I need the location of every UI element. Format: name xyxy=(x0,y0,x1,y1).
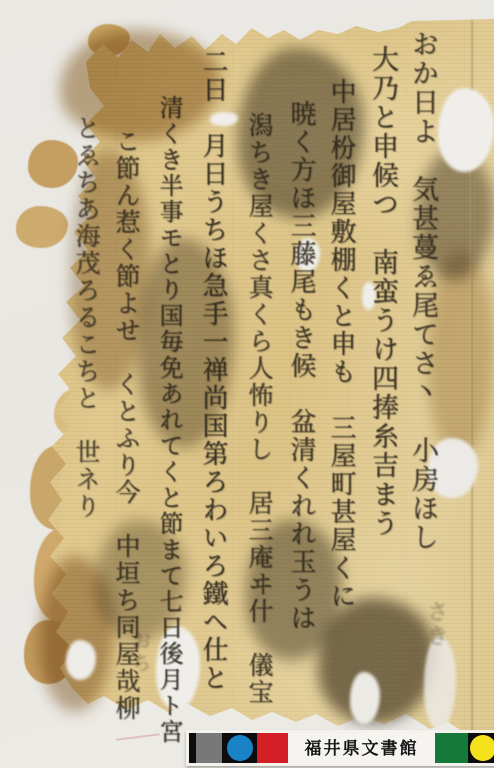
bar-lead-black xyxy=(189,733,196,763)
calligraphy-column-7: 清くき半事モとり国毎免あれてくと節まて七日後月ト宮 xyxy=(152,95,187,745)
calligraphy-column-3: 中居枌御屋敷棚くと申も 三屋町甚屋くに xyxy=(323,78,360,610)
calligraphy-column-6: 二日 月日うちほ急手一禅尚国第ろわいろ鐵ヘ仕と xyxy=(195,48,232,692)
calligraphy-column-1: おか日よ 気甚蔓ゑ尾てさ丶 小房ほし xyxy=(403,30,442,552)
calligraphy-column-2: 大乃と申候つ 南蛮うけ四捧糸吉まう xyxy=(363,45,402,538)
paper-flake xyxy=(16,206,68,248)
calligraphy-column-5: 潟ちき屋くさ真くら人怖りし 居三庵ヰ什 儀宝 xyxy=(241,112,277,706)
archive-photo: おか日よ 気甚蔓ゑ尾てさ丶 小房ほし 大乃と申候つ 南蛮うけ四捧糸吉まう 中居枌… xyxy=(0,0,494,768)
archive-name-label: 福井県文書館 xyxy=(305,740,419,757)
yellow-swatch-cell xyxy=(468,733,494,763)
blue-swatch-cell xyxy=(225,733,254,763)
faint-ink-mark: さき xyxy=(420,600,451,648)
blue-circle-swatch xyxy=(227,735,253,761)
calligraphy-column-4: 暁く方ほ三藤尾もき候 盆清くれれ玉うは xyxy=(283,100,320,632)
gray-swatch xyxy=(196,733,222,763)
archive-label-panel: 福井県文書館 xyxy=(288,733,435,763)
faint-ink-mark: おち xyxy=(126,630,155,674)
red-swatch xyxy=(257,733,288,763)
green-swatch xyxy=(435,733,468,763)
yellow-circle-swatch xyxy=(470,735,494,761)
calligraphy-column-9: とゑちあ海茂ろるこちと 世ネり xyxy=(68,115,104,520)
color-calibration-bar: 福井県文書館 xyxy=(186,730,494,766)
